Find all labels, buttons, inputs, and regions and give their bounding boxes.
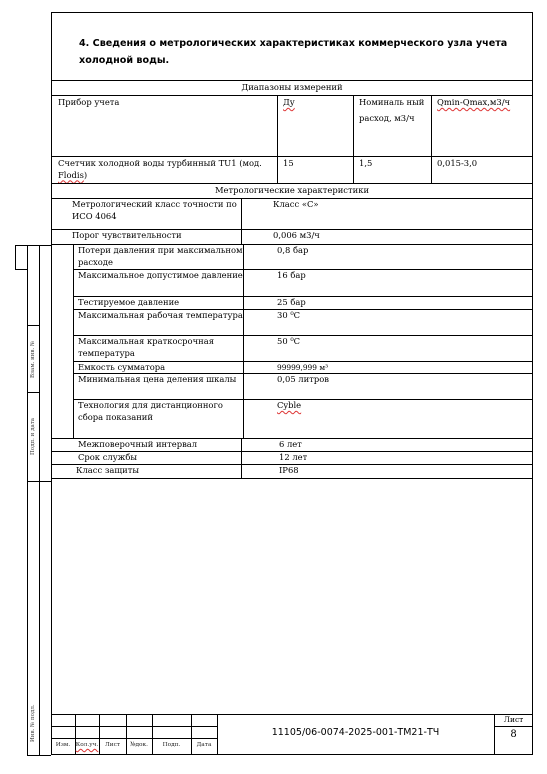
col-ndoc: №док. — [126, 742, 152, 748]
col-divider — [243, 245, 244, 270]
col-divider — [243, 270, 244, 297]
title-block-line — [75, 714, 76, 755]
stamp-label-replace-inv: Взам. инв. № — [30, 341, 36, 378]
title-block-line — [152, 714, 153, 755]
col-divider — [243, 336, 244, 362]
metro-label: Класс защиты — [76, 465, 241, 477]
metro-value: 0,006 м3/ч — [273, 230, 320, 242]
metro-row: Тестируемое давление25 бар — [73, 296, 533, 310]
metro-row: Максимальная краткосрочная температура50… — [73, 335, 533, 362]
metro-row: Технология для дистанционного сбора пока… — [73, 399, 533, 439]
stamp-line — [27, 325, 39, 326]
col-list: Лист — [99, 742, 126, 748]
metro-value: 12 лет — [279, 452, 307, 464]
metro-value: Cyble — [277, 400, 301, 412]
device-dn: 15 — [278, 157, 352, 171]
metro-label: Максимальная краткосрочная температура — [78, 336, 243, 359]
header-device: Прибор учета — [53, 96, 275, 110]
col-kol-uch: Кол.уч. — [76, 742, 99, 748]
metro-value: 16 бар — [277, 270, 306, 282]
col-izm: Изм. — [51, 742, 75, 748]
stamp-line — [39, 245, 40, 755]
stamp-line — [15, 269, 27, 270]
metro-value: 0,05 литров — [277, 374, 329, 386]
metro-label: Межповерочный интервал — [78, 439, 241, 451]
col-divider — [243, 400, 244, 439]
metro-row: Класс защитыIP68 — [51, 464, 533, 479]
metro-label: Срок службы — [78, 452, 241, 464]
stamp-line — [15, 245, 16, 269]
col-podp: Подп. — [152, 742, 191, 748]
metro-row: Потери давления при максимальном расходе… — [73, 244, 533, 270]
metro-value: Класс «С» — [273, 199, 319, 211]
metro-label: Минимальная цена деления шкалы — [78, 374, 243, 386]
metro-value: 25 бар — [277, 297, 306, 309]
metro-value: 0,8 бар — [277, 245, 308, 257]
device-name: Счетчик холодной воды турбинный TU1 (мод… — [53, 157, 277, 182]
metro-row: Минимальная цена деления шкалы0,05 литро… — [73, 373, 533, 400]
col-divider — [243, 374, 244, 400]
metro-value: 99999,999 м³ — [277, 362, 328, 374]
device-nominal-flow: 1,5 — [354, 157, 430, 171]
metro-label: Технология для дистанционного сбора пока… — [78, 400, 243, 423]
col-divider — [241, 465, 242, 479]
metro-value: IP68 — [279, 465, 299, 477]
sheet-number: 8 — [494, 729, 533, 740]
metro-label: Тестируемое давление — [78, 297, 243, 309]
section-title: 4. Сведения о метрологических характерис… — [79, 35, 509, 69]
title-block-line — [126, 714, 127, 755]
metro-row: Максимальное допустимое давление16 бар — [73, 269, 533, 297]
ranges-caption: Диапазоны измерений — [51, 81, 533, 95]
header-dn: Ду — [283, 97, 295, 107]
title-block-line — [99, 714, 100, 755]
header-nominal-flow: Номиналь ный расход, м3/ч — [354, 94, 430, 127]
metro-label: Максимальное допустимое давление — [78, 270, 243, 282]
metro-row: Максимальная рабочая температура30 ⁰С — [73, 309, 533, 336]
sheet-label: Лист — [494, 715, 533, 724]
stamp-line — [27, 245, 28, 755]
metro-label: Емкость сумматора — [78, 362, 243, 374]
stamp-line — [27, 392, 39, 393]
col-divider — [241, 230, 242, 245]
stamp-label-sign-date: Подп. и дата — [30, 418, 36, 455]
doc-code: 11105/06-0074-2025-001-ТМ21-ТЧ — [217, 727, 494, 738]
metro-row: Порог чувствительности0,006 м3/ч — [51, 229, 533, 245]
metro-row: Метрологический класс точности по ИСО 40… — [51, 198, 533, 230]
metro-label: Метрологический класс точности по ИСО 40… — [72, 199, 241, 222]
metro-label: Потери давления при максимальном расходе — [78, 245, 243, 268]
metro-value: 6 лет — [279, 439, 302, 451]
metro-label: Максимальная рабочая температура — [78, 310, 243, 322]
metro-row: Срок службы12 лет — [51, 451, 533, 465]
device-name-text: Счетчик холодной воды турбинный TU1 (мод… — [58, 158, 262, 180]
stamp-line — [15, 245, 51, 246]
col-divider — [241, 199, 242, 230]
metro-caption: Метрологические характеристики — [51, 184, 533, 198]
stamp-line — [27, 755, 51, 756]
stamp-label-inv-orig: Инв. № подл. — [30, 704, 36, 742]
metro-value: 50 ⁰С — [277, 336, 300, 348]
stamp-line — [27, 481, 51, 482]
metro-value: 30 ⁰С — [277, 310, 300, 322]
header-qrange: Qmin-Qmax,м3/ч — [437, 97, 510, 107]
device-qrange: 0,015-3,0 — [432, 157, 533, 171]
title-block-line — [191, 714, 192, 755]
metro-label: Порог чувствительности — [72, 230, 241, 242]
col-data: Дата — [191, 742, 217, 748]
title-block-line — [494, 726, 533, 727]
col-divider — [243, 310, 244, 336]
metro-row: Межповерочный интервал6 лет — [51, 438, 533, 452]
title-block-top — [51, 714, 533, 715]
